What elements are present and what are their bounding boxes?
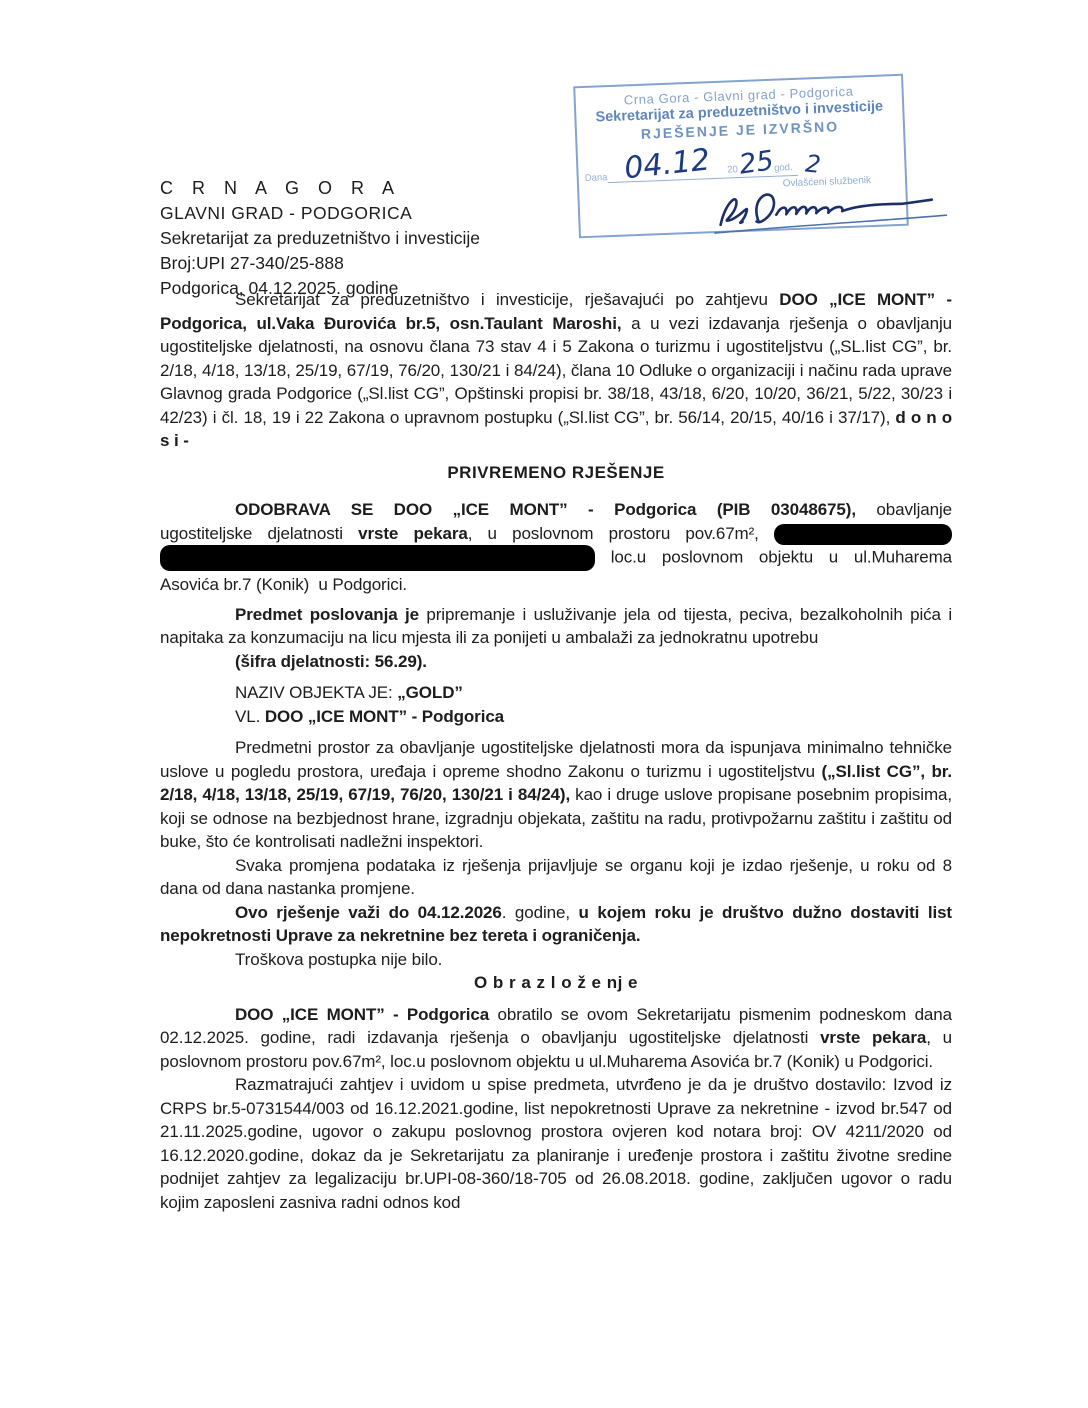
text-run: obavljanje <box>856 500 952 519</box>
line-vlasnik: VL. DOO „ICE MONT” - Podgorica <box>160 705 952 729</box>
heading-privremeno-rjesenje: PRIVREMENO RJEŠENJE <box>160 461 952 485</box>
text-run: DOO „ICE MONT” - Podgorica <box>235 1005 489 1024</box>
line-naziv-objekta: NAZIV OBJEKTA JE: „GOLD” <box>160 681 952 705</box>
redaction-bar <box>160 545 595 571</box>
text-run: (šifra djelatnosti: 56.29). <box>235 652 427 671</box>
text-run: NAZIV OBJEKTA JE: <box>235 683 397 702</box>
spacer <box>160 995 952 1003</box>
signature-icon <box>703 172 955 244</box>
paragraph-odobrava-line1: ODOBRAVA SE DOO „ICE MONT” - Podgorica (… <box>160 498 952 522</box>
spacer <box>160 673 952 681</box>
text-run: Asovića br.7 (Konik) u Podgorici. <box>160 575 407 594</box>
text-run: VL. <box>235 707 265 726</box>
spacer <box>160 453 952 461</box>
document-page: Crna Gora - Glavni grad - Podgorica Sekr… <box>0 0 1088 1408</box>
paragraph-predmet: Predmet poslovanja je pripremanje i uslu… <box>160 603 952 650</box>
text-run: . godine, <box>502 903 579 922</box>
redaction-bar <box>774 524 952 545</box>
text-run: Svaka promjena podataka iz rješenja prij… <box>160 856 952 899</box>
execution-stamp: Crna Gora - Glavni grad - Podgorica Sekr… <box>573 74 909 239</box>
stamp-year-underline: 2025god. <box>727 149 798 179</box>
line-sifra-djelatnosti: (šifra djelatnosti: 56.29). <box>160 650 952 674</box>
stamp-god-label: god. <box>774 162 793 174</box>
text-run: Predmet poslovanja je <box>235 605 419 624</box>
text-run: Ovo rješenje važi do 04.12.2026 <box>235 903 502 922</box>
stamp-year-prefix: 20 <box>727 164 738 175</box>
paragraph-odobrava-line3: loc.u poslovnom objektu u ul.Muharema <box>160 545 952 573</box>
text-run: loc.u poslovnom objektu u ul.Muharema <box>595 547 952 566</box>
heading-obrazlozenje: O b r a z l o ž e nj e <box>160 971 952 995</box>
signature-handwriting <box>703 172 955 244</box>
text-run: Sekretarijat za preduzetništvo i investi… <box>235 290 779 309</box>
text-run: Troškova postupka nije bilo. <box>235 950 442 969</box>
text-run: Razmatrajući zahtjev i uvidom u spise pr… <box>160 1075 952 1212</box>
line-troskovi: Troškova postupka nije bilo. <box>160 948 952 972</box>
document-body: Sekretarijat za preduzetništvo i investi… <box>160 288 952 1214</box>
header-case-number: Broj:UPI 27-340/25-888 <box>160 251 480 276</box>
handwritten-mark: 2 <box>804 153 821 176</box>
stamp-dana-label: Dana <box>585 172 608 184</box>
paragraph-intro: Sekretarijat za preduzetništvo i investi… <box>160 288 952 453</box>
paragraph-svaka-promjena: Svaka promjena podataka iz rješenja prij… <box>160 854 952 901</box>
letterhead: C R N A G O R A GLAVNI GRAD - PODGORICA … <box>160 176 480 301</box>
stamp-date-underline: 04.12 <box>606 148 727 184</box>
paragraph-odobrava-line2: ugostiteljske djelatnosti vrste pekara, … <box>160 522 952 546</box>
paragraph-odobrava-line4: Asovića br.7 (Konik) u Podgorici. <box>160 573 952 597</box>
text-run: O b r a z l o ž e nj e <box>474 973 638 992</box>
handwritten-date: 04.12 <box>623 145 712 184</box>
header-department: Sekretarijat za preduzetništvo i investi… <box>160 226 480 251</box>
paragraph-predmetni-prostor: Predmetni prostor za obavljanje ugostite… <box>160 736 952 854</box>
text-run: vrste pekara <box>358 524 468 543</box>
text-run: ugostiteljske djelatnosti <box>160 524 358 543</box>
text-run: ODOBRAVA SE DOO „ICE MONT” - Podgorica (… <box>235 500 856 519</box>
paragraph-vazenje-rjesenja: Ovo rješenje važi do 04.12.2026. godine,… <box>160 901 952 948</box>
paragraph-razmatranje: Razmatrajući zahtjev i uvidom u spise pr… <box>160 1073 952 1214</box>
text-run: vrste pekara <box>820 1028 926 1047</box>
text-run: PRIVREMENO RJEŠENJE <box>447 463 664 482</box>
spacer <box>160 728 952 736</box>
handwritten-year: 25 <box>738 148 776 179</box>
text-run: , u poslovnom prostoru pov.67m², <box>468 524 774 543</box>
spacer <box>160 484 952 498</box>
paragraph-podnesak: DOO „ICE MONT” - Podgorica obratilo se o… <box>160 1003 952 1074</box>
header-country: C R N A G O R A <box>160 176 480 201</box>
header-city: GLAVNI GRAD - PODGORICA <box>160 201 480 226</box>
text-run: DOO „ICE MONT” - Podgorica <box>265 707 504 726</box>
text-run: „GOLD” <box>397 683 463 702</box>
